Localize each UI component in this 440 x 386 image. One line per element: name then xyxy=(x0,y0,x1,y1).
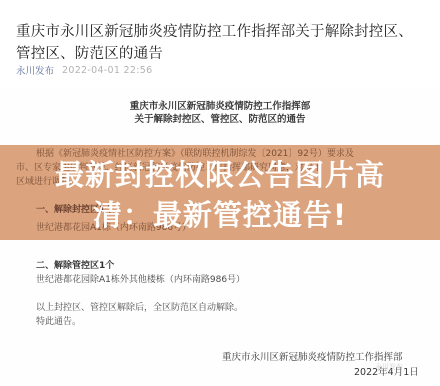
watermark: 永川发布 xyxy=(375,362,403,372)
article-title: 重庆市永川区新冠肺炎疫情防控工作指挥部关于解除封控区、管控区、防范区的通告 xyxy=(16,21,426,65)
article-page: 重庆市永川区新冠肺炎疫情防控工作指挥部关于解除封控区、管控区、防范区的通告 永川… xyxy=(0,0,440,386)
headline-line2: 清：最新管控通告! xyxy=(0,195,440,235)
headline-text: 最新封控权限公告图片高 清：最新管控通告! xyxy=(0,155,440,235)
source-link[interactable]: 永川发布 xyxy=(16,63,54,77)
section2-title: 二、解除管控区1个 xyxy=(36,260,114,273)
doc-heading-line1: 重庆市永川区新冠肺炎疫情防控工作指挥部 xyxy=(0,100,440,114)
section2-item: 世纪港都花园除A1栋外其他楼栋（内环南路986号） xyxy=(36,274,245,287)
closing-line1: 以上封控区、管控区解除后，全区防范区自动解除。 xyxy=(36,302,243,315)
publish-time: 2022-04-01 22:56 xyxy=(62,65,152,76)
article-meta: 永川发布 2022-04-01 22:56 xyxy=(16,63,152,77)
closing-line2: 特此通告。 xyxy=(36,316,81,329)
doc-signature: 重庆市永川区新冠肺炎疫情防控工作指挥部 xyxy=(222,349,403,363)
doc-heading-line2: 关于解除封控区、管控区、防范区的通告 xyxy=(0,113,440,127)
headline-line1: 最新封控权限公告图片高 xyxy=(0,155,440,195)
